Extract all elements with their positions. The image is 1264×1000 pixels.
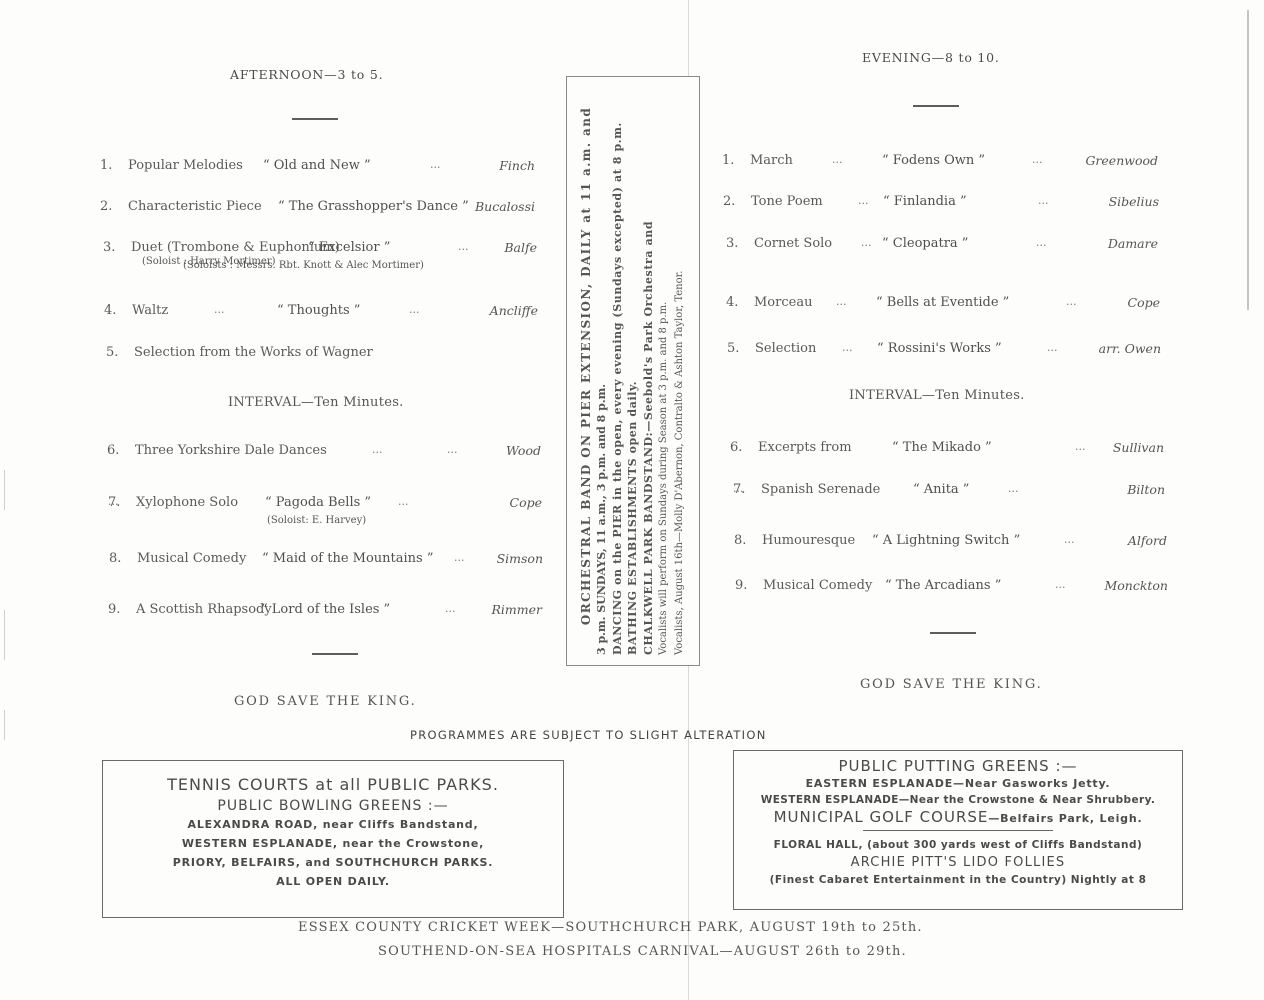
programme-item: 8.Musical Comedy“ Maid of the Mountains … bbox=[109, 551, 543, 569]
left-edge-mark bbox=[4, 610, 5, 660]
item-leader-dots: ... bbox=[1008, 482, 1019, 495]
item-soloist: (Soloist: E. Harvey) bbox=[267, 515, 366, 526]
item-leader-dots: ... bbox=[398, 495, 409, 508]
item-composer: arr. Owen bbox=[1099, 341, 1161, 356]
item-composer: Ancliffe bbox=[490, 303, 538, 318]
item-type: Musical Comedy bbox=[137, 551, 246, 566]
item-composer: Cope bbox=[1128, 295, 1161, 310]
item-leader-dots: ... bbox=[447, 443, 458, 456]
pier-notice-box: ORCHESTRAL BAND ON PIER EXTENSION, DAILY… bbox=[566, 76, 700, 666]
item-composer: Sullivan bbox=[1113, 440, 1164, 455]
programme-item: 4.Morceau...“ Bells at Eventide ”...Cope bbox=[726, 295, 1160, 313]
item-composer: Bucalossi bbox=[475, 199, 535, 214]
cricket-week-notice: ESSEX COUNTY CRICKET WEEK—SOUTHCHURCH PA… bbox=[298, 920, 923, 935]
item-title: “ Finlandia ” bbox=[883, 194, 967, 209]
item-leader-dots: ... bbox=[1038, 194, 1049, 207]
item-title: “ Rossini's Works ” bbox=[877, 341, 1002, 356]
evening-closing: GOD SAVE THE KING. bbox=[860, 677, 1043, 692]
item-title: “ Pagoda Bells ” bbox=[265, 495, 371, 510]
item-number: 6. bbox=[107, 443, 119, 458]
programme-item: 1.March...“ Fodens Own ”...Greenwood bbox=[722, 153, 1158, 171]
item-leader-dots: ... bbox=[858, 194, 869, 207]
item-number: 3. bbox=[726, 236, 738, 251]
item-soloist: (Soloist : Harry Mortimer) bbox=[142, 256, 275, 267]
item-type: Humouresque bbox=[762, 533, 855, 548]
programme-item: 9.Musical Comedy“ The Arcadians ”...Monc… bbox=[735, 578, 1168, 596]
alteration-notice: PROGRAMMES ARE SUBJECT TO SLIGHT ALTERAT… bbox=[410, 728, 767, 742]
box-line: PUBLIC BOWLING GREENS :— bbox=[103, 798, 563, 814]
box-line: WESTERN ESPLANADE—Near the Crowstone & N… bbox=[734, 794, 1182, 806]
item-number: 3. bbox=[103, 240, 115, 255]
item-type: Musical Comedy bbox=[763, 578, 872, 593]
item-type: Characteristic Piece bbox=[128, 199, 262, 214]
item-composer: Alford bbox=[1128, 533, 1167, 548]
item-composer: Sibelius bbox=[1109, 194, 1159, 209]
item-title: “ The Grasshopper's Dance ” bbox=[278, 199, 469, 214]
item-title: “ Bells at Eventide ” bbox=[876, 295, 1009, 310]
box-divider bbox=[863, 830, 1053, 831]
item-number: 2. bbox=[723, 194, 735, 209]
item-leader-dots: ... bbox=[842, 341, 853, 354]
right-edge-line bbox=[1247, 10, 1249, 310]
programme-item: 2.Tone Poem...“ Finlandia ”...Sibelius bbox=[723, 194, 1159, 212]
evening-heading: EVENING—8 to 10. bbox=[862, 50, 1000, 65]
item-title: “ The Mikado ” bbox=[892, 440, 992, 455]
programme-item: 9.A Scottish Rhapsody“ Lord of the Isles… bbox=[108, 602, 542, 620]
item-composer: Finch bbox=[499, 158, 535, 173]
programme-item: 3.Cornet Solo...“ Cleopatra ”...Damare bbox=[726, 236, 1158, 254]
programme-item: 2.Characteristic Piece“ The Grasshopper'… bbox=[100, 199, 535, 217]
item-type: Popular Melodies bbox=[128, 158, 243, 173]
programme-item: 6.Three Yorkshire Dale Dances......Wood bbox=[107, 443, 541, 461]
item-title: “ Maid of the Mountains ” bbox=[262, 551, 433, 566]
item-composer: Greenwood bbox=[1085, 153, 1158, 168]
golf-course-title: MUNICIPAL GOLF COURSE bbox=[774, 808, 989, 826]
item-leader-dots: ... bbox=[1064, 533, 1075, 546]
item-title: “ The Arcadians ” bbox=[885, 578, 1001, 593]
section-divider bbox=[913, 105, 959, 107]
item-leader-dots: ... bbox=[1055, 578, 1066, 591]
item-leader-dots: ... bbox=[458, 240, 469, 253]
item-composer: Wood bbox=[506, 443, 541, 458]
item-type: Waltz bbox=[132, 303, 168, 318]
item-type: Selection bbox=[755, 341, 816, 356]
item-type: Three Yorkshire Dale Dances bbox=[135, 443, 327, 458]
item-type: Morceau bbox=[754, 295, 812, 310]
box-line: ALEXANDRA ROAD, near Cliffs Bandstand, bbox=[103, 818, 563, 831]
tennis-bowling-box: TENNIS COURTS at all PUBLIC PARKS. PUBLI… bbox=[102, 760, 564, 918]
item-leader-dots: ... bbox=[409, 303, 420, 316]
notice-line: Vocalists, August 16th—Molly D'Abernon, … bbox=[672, 77, 688, 655]
item-leader-dots: ... bbox=[445, 602, 456, 615]
item-leader-dots: ... bbox=[832, 153, 843, 166]
item-type: Spanish Serenade bbox=[761, 482, 880, 497]
evening-interval: INTERVAL—Ten Minutes. bbox=[849, 388, 1025, 403]
item-title: “ A Lightning Switch ” bbox=[872, 533, 1020, 548]
item-composer: Bilton bbox=[1127, 482, 1165, 497]
programme-item: 6.Excerpts from“ The Mikado ”...Sullivan bbox=[730, 440, 1164, 458]
item-title: “ Excelsior ” bbox=[308, 240, 390, 255]
item-title: “ Old and New ” bbox=[263, 158, 371, 173]
item-leader-dots: ... bbox=[372, 443, 383, 456]
item-leader-dots: ... bbox=[454, 551, 465, 564]
item-number: 1. bbox=[100, 158, 112, 173]
item-title: “ Cleopatra ” bbox=[882, 236, 968, 251]
item-number: 9. bbox=[735, 578, 747, 593]
box-line: MUNICIPAL GOLF COURSE—Belfairs Park, Lei… bbox=[734, 807, 1182, 826]
box-line: ALL OPEN DAILY. bbox=[103, 875, 563, 888]
programme-item: 5.Selection from the Works of Wagner bbox=[106, 345, 540, 363]
section-divider bbox=[292, 118, 338, 120]
programme-item: 8.Humouresque“ A Lightning Switch ”...Al… bbox=[734, 533, 1167, 551]
programme-item: 7.Spanish Serenade...“ Anita ”...Bilton bbox=[733, 482, 1165, 500]
item-leader-dots: ... bbox=[430, 158, 441, 171]
programme-item: 5.Selection...“ Rossini's Works ”...arr.… bbox=[727, 341, 1161, 359]
notice-line: Vocalists will perform on Sundays during… bbox=[656, 77, 672, 655]
notice-line: 3 p.m. SUNDAYS, 11 a.m., 3 p.m. and 8 p.… bbox=[594, 77, 610, 655]
box-line: FLORAL HALL, (about 300 yards west of Cl… bbox=[734, 839, 1182, 851]
item-composer: Balfe bbox=[504, 240, 537, 255]
item-leader-dots: ... bbox=[214, 303, 225, 316]
item-leader-dots: ... bbox=[1075, 440, 1086, 453]
item-number: 2. bbox=[100, 199, 112, 214]
box-line: PRIORY, BELFAIRS, and SOUTHCHURCH PARKS. bbox=[103, 856, 563, 869]
box-line: TENNIS COURTS at all PUBLIC PARKS. bbox=[103, 775, 563, 794]
notice-line: CHALKWELL PARK BANDSTAND:—Seebold's Park… bbox=[641, 77, 657, 655]
item-number: 5. bbox=[727, 341, 739, 356]
item-title: “ Thoughts ” bbox=[277, 303, 360, 318]
item-composer: Monckton bbox=[1104, 578, 1168, 593]
item-type: Cornet Solo bbox=[754, 236, 832, 251]
item-type: Selection from the Works of Wagner bbox=[134, 345, 373, 360]
notice-line: DANCING on the PIER in the open, every e… bbox=[610, 77, 626, 655]
item-composer: Rimmer bbox=[492, 602, 543, 617]
item-leader-dots: ... bbox=[861, 236, 872, 249]
section-divider bbox=[312, 653, 358, 655]
box-line: WESTERN ESPLANADE, near the Crowstone, bbox=[103, 837, 563, 850]
notice-line: BATHING ESTABLISHMENTS open daily. bbox=[625, 77, 641, 655]
box-line: ARCHIE PITT'S LIDO FOLLIES bbox=[734, 855, 1182, 870]
item-leader-dots: ... bbox=[836, 295, 847, 308]
afternoon-heading: AFTERNOON—3 to 5. bbox=[230, 67, 383, 82]
left-edge-mark bbox=[4, 710, 5, 740]
item-composer: Cope bbox=[510, 495, 543, 510]
item-number: 5. bbox=[106, 345, 118, 360]
item-type: Excerpts from bbox=[758, 440, 852, 455]
programme-item: 4.Waltz...“ Thoughts ”...Ancliffe bbox=[104, 303, 538, 321]
item-number: 4. bbox=[726, 295, 738, 310]
item-number: 6. bbox=[730, 440, 742, 455]
item-number: 9. bbox=[108, 602, 120, 617]
section-divider bbox=[930, 632, 976, 634]
item-leader-dots: ... bbox=[733, 482, 744, 495]
left-edge-mark bbox=[4, 470, 5, 510]
afternoon-interval: INTERVAL—Ten Minutes. bbox=[228, 395, 404, 410]
item-title: “ Fodens Own ” bbox=[882, 153, 985, 168]
programme-item: 7.Xylophone Solo...“ Pagoda Bells ”...Co… bbox=[108, 495, 542, 513]
item-composer: Simson bbox=[497, 551, 543, 566]
item-number: 8. bbox=[734, 533, 746, 548]
item-number: 8. bbox=[109, 551, 121, 566]
item-composer: Damare bbox=[1108, 236, 1158, 251]
afternoon-closing: GOD SAVE THE KING. bbox=[234, 694, 417, 709]
item-leader-dots: ... bbox=[1066, 295, 1077, 308]
carnival-notice: SOUTHEND-ON-SEA HOSPITALS CARNIVAL—AUGUS… bbox=[378, 944, 907, 959]
golf-course-location: —Belfairs Park, Leigh. bbox=[988, 812, 1142, 825]
item-type: March bbox=[750, 153, 793, 168]
box-line: EASTERN ESPLANADE—Near Gasworks Jetty. bbox=[734, 777, 1182, 790]
item-type: Tone Poem bbox=[751, 194, 823, 209]
item-title: “ Anita ” bbox=[913, 482, 969, 497]
item-type: Xylophone Solo bbox=[136, 495, 238, 510]
box-line: (Finest Cabaret Entertainment in the Cou… bbox=[734, 874, 1182, 886]
box-line: PUBLIC PUTTING GREENS :— bbox=[734, 757, 1182, 775]
item-number: 1. bbox=[722, 153, 734, 168]
item-leader-dots: ... bbox=[1047, 341, 1058, 354]
item-leader-dots: ... bbox=[1032, 153, 1043, 166]
item-leader-dots: ... bbox=[108, 495, 119, 508]
putting-golf-box: PUBLIC PUTTING GREENS :— EASTERN ESPLANA… bbox=[733, 750, 1183, 910]
item-number: 4. bbox=[104, 303, 116, 318]
programme-item: 1.Popular Melodies“ Old and New ”...Finc… bbox=[100, 158, 535, 176]
item-title: “ Lord of the Isles ” bbox=[261, 602, 390, 617]
item-type: A Scottish Rhapsody bbox=[136, 602, 272, 617]
item-leader-dots: ... bbox=[1036, 236, 1047, 249]
notice-line: ORCHESTRAL BAND ON PIER EXTENSION, DAILY… bbox=[579, 77, 595, 655]
